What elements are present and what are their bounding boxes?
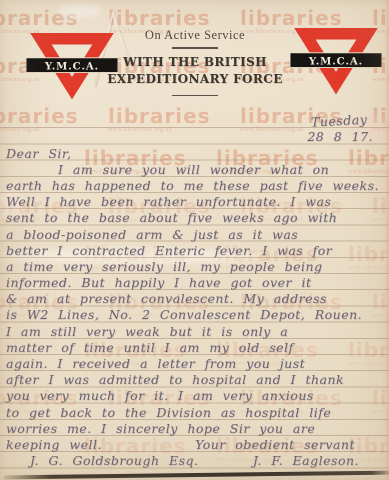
letter-line: you very much for it. I am very anxious — [0, 387, 389, 403]
letter-line: sent to the base about five weeks ago wi… — [0, 209, 389, 225]
letter-signature: J. F. Eagleson. — [253, 454, 359, 468]
divider-rule — [172, 47, 218, 49]
letter-line: to get back to the Division as hospital … — [0, 403, 389, 419]
letter-closing-left: keeping well. — [6, 438, 102, 452]
divider-rule — [172, 95, 218, 97]
letter-line: better I contracted Enteric fever. I was… — [0, 242, 389, 258]
ymca-logo-left: Y.M.C.A. — [26, 33, 118, 101]
letterhead-title-line1: WITH THE BRITISH — [123, 54, 267, 71]
letter-line: a time very seriously ill, my people bei… — [0, 258, 389, 274]
letter-line: after I was admitted to hospital and I t… — [0, 371, 389, 387]
letter-signature-row: J. G. Goldsbrough Esq. J. F. Eagleson. — [0, 452, 389, 468]
ymca-logo-right: Y.M.C.A. — [290, 28, 382, 96]
letter-line: earth has happened to me these past five… — [0, 177, 389, 193]
letterhead-text: On Active Service WITH THE BRITISH EXPED… — [110, 28, 280, 101]
letter-salutation: Dear Sir, — [0, 144, 389, 160]
letter-line: Well I have been rather unfortunate. I w… — [0, 193, 389, 209]
letter-line: informed. But happily I have got over it — [0, 274, 389, 290]
letterhead-title-line2: EXPEDITIONARY FORCE — [107, 71, 283, 88]
letter-line: I am still very weak but it is only a — [0, 322, 389, 338]
handwritten-letter: Tuesday 28 8 17. Dear Sir, I am sure you… — [0, 112, 389, 468]
letter-line: & am at present convalescent. My address — [0, 290, 389, 306]
letter-addressee: J. G. Goldsbrough Esq. — [30, 454, 199, 468]
letter-line: I am sure you will wonder what on — [0, 161, 389, 177]
letter-line: is W2 Lines, No. 2 Convalescent Depot, R… — [0, 306, 389, 322]
service-line: On Active Service — [145, 28, 245, 43]
letterhead: Y.M.C.A. On Active Service WITH THE BRIT… — [0, 0, 389, 110]
letter-closing: keeping well. Your obedient servant — [0, 436, 389, 452]
ymca-label: Y.M.C.A. — [44, 60, 99, 72]
letter-date-day: Tuesday — [0, 112, 389, 128]
page-bottom-edge — [4, 471, 389, 480]
letter-date-numeric: 28 8 17. — [0, 128, 389, 144]
ymca-triangle-icon: Y.M.C.A. — [26, 33, 118, 101]
letter-line: worries me. I sincerely hope Sir you are — [0, 420, 389, 436]
ymca-label: Y.M.C.A. — [308, 55, 363, 67]
letter-line: again. I received a letter from you just — [0, 355, 389, 371]
letter-line: matter of time until I am my old self — [0, 339, 389, 355]
scanned-letter-page: librarieswww.librariesni.org.uk librarie… — [0, 0, 389, 480]
ymca-triangle-icon: Y.M.C.A. — [290, 28, 382, 96]
letter-line: a blood-poisoned arm & just as it was — [0, 225, 389, 241]
letter-valediction: Your obedient servant — [195, 438, 355, 452]
